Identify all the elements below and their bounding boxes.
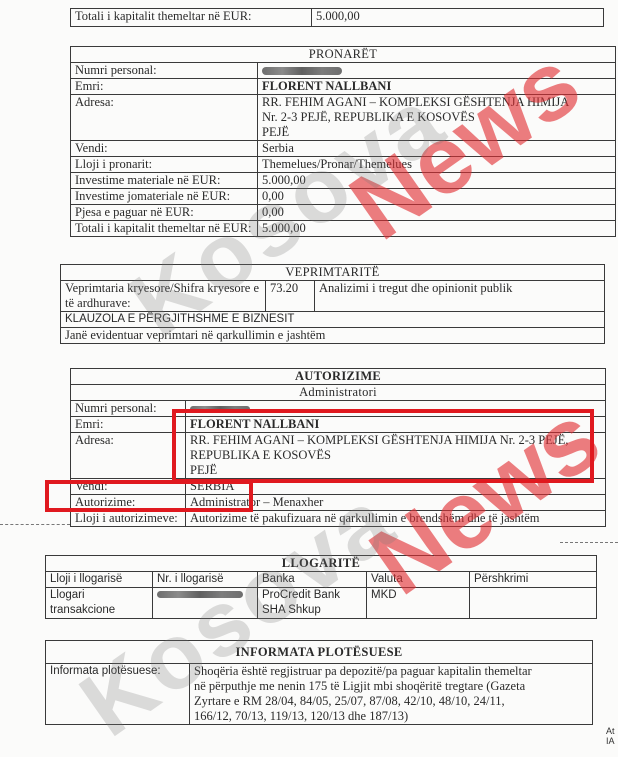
activities-table: VEPRIMTARITË Veprimtaria kryesore/Shifra… [60, 264, 605, 344]
column-header: Nr. i llogarisë [153, 572, 258, 588]
accounts-title: LLOGARITË [46, 556, 597, 572]
margin-note: AtIA [606, 726, 615, 746]
extra-info-table: INFORMATA PLOTËSUESE Informata plotësues… [45, 640, 593, 725]
column-header: Valuta [367, 572, 470, 588]
table-row: Emri: FLORENT NALLBANI [71, 417, 606, 433]
account-type-line: Llogari [50, 588, 148, 603]
table-row: Autorizime: Administrator – Menaxher [71, 495, 606, 511]
authorizations-subtitle: Administratori [71, 385, 606, 401]
activity-description: Analizimi i tregut dhe opinionit publik [315, 281, 605, 312]
admin-name-value: FLORENT NALLBANI [186, 417, 606, 433]
table-row: Llogari transakcione ProCredit Bank SHA … [46, 588, 597, 619]
owners-title: PRONARËT [71, 47, 616, 63]
table-row: Investime materiale në EUR: 5.000,00 [71, 173, 616, 189]
owner-capital-total-label: Totali i kapitalit themeltar në EUR: [71, 221, 258, 237]
table-row: Lloji i pronarit: Themelues/Pronar/Theme… [71, 157, 616, 173]
table-row: Vendi: Serbia [71, 141, 616, 157]
authorizations-table: AUTORIZIME Administratori Numri personal… [70, 368, 606, 527]
authorization-label: Autorizime: [71, 495, 186, 511]
column-header: Banka [258, 572, 367, 588]
activity-code: 73.20 [266, 281, 315, 312]
account-bank: ProCredit Bank SHA Shkup [258, 588, 367, 619]
owner-country-label: Vendi: [71, 141, 258, 157]
address-line: Nr. 2-3 PEJË, REPUBLIKA E KOSOVËS [262, 110, 611, 125]
nonmaterial-investment-value: 0,00 [258, 189, 616, 205]
owner-type-value: Themelues/Pronar/Themelues [258, 157, 616, 173]
main-activity-label: Veprimtaria kryesore/Shifra kryesore e t… [61, 281, 266, 312]
owner-capital-total-value: 5.000,00 [258, 221, 616, 237]
capital-total-label: Totali i kapitalit themeltar në EUR: [71, 9, 312, 27]
redaction-mark [190, 406, 250, 412]
column-header: Përshkrimi [470, 572, 597, 588]
scan-line [560, 542, 618, 543]
table-row: Pjesa e paguar në EUR: 0,00 [71, 205, 616, 221]
accounts-table: LLOGARITË Lloji i llogarisë Nr. i llogar… [45, 555, 597, 619]
admin-personal-number-label: Numri personal: [71, 401, 186, 417]
material-investment-value: 5.000,00 [258, 173, 616, 189]
table-row: Adresa: RR. FEHIM AGANI – KOMPLEKSI GËSH… [71, 95, 616, 141]
authorization-type-label: Lloji i autorizimeve: [71, 511, 186, 527]
admin-country-label: Vendi: [71, 479, 186, 495]
address-line: PEJË [190, 463, 601, 478]
authorization-value: Administrator – Menaxher [186, 495, 606, 511]
table-row: Emri: FLORENT NALLBANI [71, 79, 616, 95]
table-row: Adresa: RR. FEHIM AGANI – KOMPLEKSI GËSH… [71, 433, 606, 479]
activities-title: VEPRIMTARITË [61, 265, 605, 281]
owners-table: PRONARËT Numri personal: Emri: FLORENT N… [70, 46, 616, 237]
admin-country-value: SERBIA [186, 479, 606, 495]
admin-address-value: RR. FEHIM AGANI – KOMPLEKSI GËSHTENJA HI… [186, 433, 606, 479]
owner-personal-number-label: Numri personal: [71, 63, 258, 79]
owner-country-value: Serbia [258, 141, 616, 157]
account-type-line: transakcione [50, 603, 148, 618]
account-description [470, 588, 597, 619]
authorizations-title: AUTORIZIME [71, 369, 606, 385]
address-line: PEJË [262, 125, 611, 140]
info-line: Shoqëria është regjistruar pa depozitë/p… [194, 664, 588, 679]
owner-personal-number-value [258, 63, 616, 79]
extra-info-label: Informata plotësuese: [46, 664, 190, 725]
table-row: Janë evidentuar veprimtari në qarkullimi… [61, 328, 605, 344]
table-header-row: Lloji i llogarisë Nr. i llogarisë Banka … [46, 572, 597, 588]
nonmaterial-investment-label: Investime jomateriale në EUR: [71, 189, 258, 205]
redaction-mark [157, 591, 243, 598]
table-row: Numri personal: [71, 401, 606, 417]
bank-line: SHA Shkup [262, 603, 362, 618]
paid-share-label: Pjesa e paguar në EUR: [71, 205, 258, 221]
owner-address-label: Adresa: [71, 95, 258, 141]
bank-line: ProCredit Bank [262, 588, 362, 603]
business-clause-text: Janë evidentuar veprimtari në qarkullimi… [61, 328, 605, 344]
capital-total-value: 5.000,00 [312, 9, 604, 27]
column-header: Lloji i llogarisë [46, 572, 153, 588]
extra-info-title: INFORMATA PLOTËSUESE [46, 641, 593, 664]
table-row: Informata plotësuese: Shoqëria është reg… [46, 664, 593, 725]
table-row: KLAUZOLA E PËRGJITHSHME E BIZNESIT [61, 312, 605, 328]
admin-personal-number-value [186, 401, 606, 417]
authorization-type-value: Autorizime të pakufizuara në qarkullimin… [186, 511, 606, 527]
redaction-mark [262, 67, 342, 75]
address-line: REPUBLIKA E KOSOVËS [190, 448, 601, 463]
table-row: Veprimtaria kryesore/Shifra kryesore e t… [61, 281, 605, 312]
scan-line [0, 524, 70, 525]
account-currency: MKD [367, 588, 470, 619]
business-clause-title: KLAUZOLA E PËRGJITHSHME E BIZNESIT [61, 312, 605, 328]
admin-address-label: Adresa: [71, 433, 186, 479]
info-line: në përputhje me nenin 175 të Ligjit mbi … [194, 679, 588, 694]
owner-type-label: Lloji i pronarit: [71, 157, 258, 173]
info-line: 166/12, 70/13, 119/13, 120/13 dhe 187/13… [194, 709, 588, 724]
paid-share-value: 0,00 [258, 205, 616, 221]
capital-total-table: Totali i kapitalit themeltar në EUR: 5.0… [70, 8, 604, 27]
table-row: Lloji i autorizimeve: Autorizime të paku… [71, 511, 606, 527]
account-type: Llogari transakcione [46, 588, 153, 619]
address-line: RR. FEHIM AGANI – KOMPLEKSI GËSHTENJA HI… [190, 433, 601, 448]
owner-name-label: Emri: [71, 79, 258, 95]
owner-address-value: RR. FEHIM AGANI – KOMPLEKSI GËSHTENJA HI… [258, 95, 616, 141]
table-row: Vendi: SERBIA [71, 479, 606, 495]
owner-name-value: FLORENT NALLBANI [258, 79, 616, 95]
address-line: RR. FEHIM AGANI – KOMPLEKSI GËSHTENJA HI… [262, 95, 611, 110]
account-number [153, 588, 258, 619]
admin-name-label: Emri: [71, 417, 186, 433]
material-investment-label: Investime materiale në EUR: [71, 173, 258, 189]
extra-info-text: Shoqëria është regjistruar pa depozitë/p… [190, 664, 593, 725]
table-row: Investime jomateriale në EUR: 0,00 [71, 189, 616, 205]
info-line: Zyrtare e RM 28/04, 84/05, 25/07, 87/08,… [194, 694, 588, 709]
table-row: Totali i kapitalit themeltar në EUR: 5.0… [71, 221, 616, 237]
table-row: Numri personal: [71, 63, 616, 79]
